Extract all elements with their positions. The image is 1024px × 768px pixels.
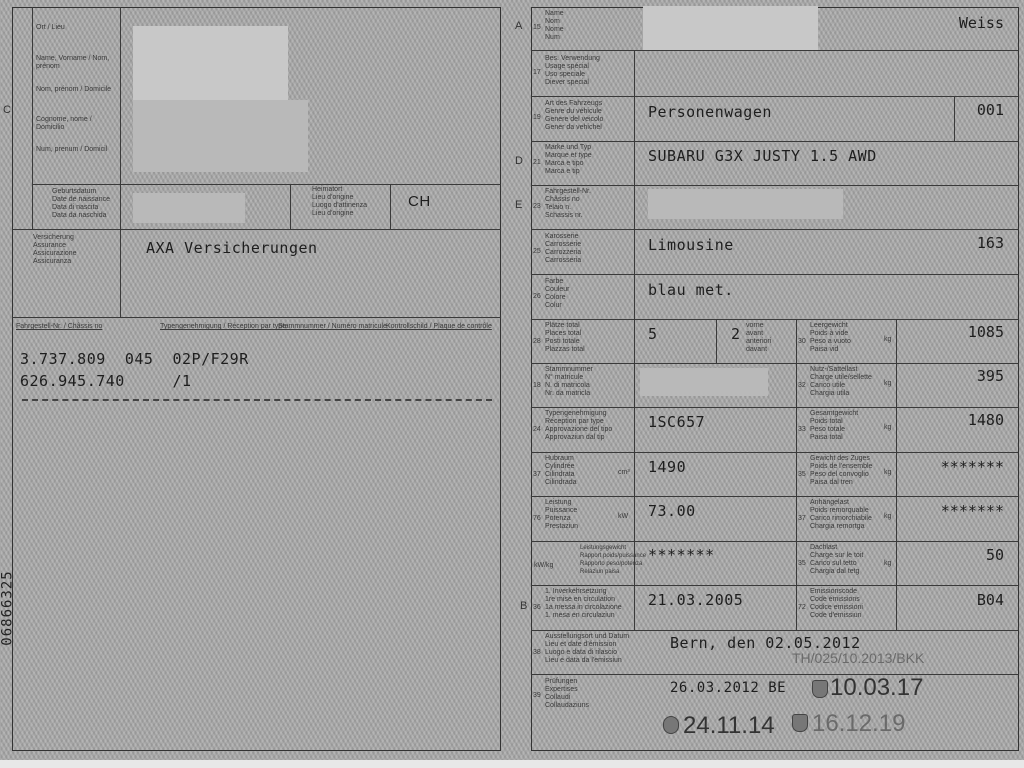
ins-label-3: Assicuranza (33, 258, 71, 266)
body-value: Limousine (648, 236, 734, 254)
name-redaction (643, 6, 818, 50)
row-label: Poids remorquable (810, 507, 869, 515)
rule-9 (531, 407, 1019, 408)
field-number: 17 (533, 69, 541, 76)
field-number: 38 (533, 649, 541, 656)
row-label: Rapport poids/puissance (580, 552, 646, 560)
row-label: Cilindrata (545, 471, 575, 479)
field-number: 19 (533, 114, 541, 121)
field-number: 24 (533, 426, 541, 433)
field-number: 18 (533, 382, 541, 389)
row-label: Nom (545, 18, 560, 26)
row-label: Paisa dal tren (810, 479, 853, 487)
birth-redaction (133, 193, 245, 223)
row-label: Réception par type (545, 418, 604, 426)
row-label: Poids de l'ensemble (810, 463, 872, 471)
type-approval-value: 1SC657 (648, 413, 705, 431)
row-label: Marke und Typ (545, 144, 591, 152)
row-label: Carrosserie (545, 241, 581, 249)
row-label: Relaziun paisa (580, 568, 619, 576)
unit-label: kg (884, 380, 891, 387)
codes-header-0: Fahrgestell-Nr. / Châssis no (16, 323, 102, 331)
row-label: Charge utile/sellette (810, 374, 872, 382)
row-label: Poids à vide (810, 330, 848, 338)
seats-front-label: anteriori (746, 338, 771, 346)
row-label: Collaudi (545, 694, 570, 702)
row-label: Gener da vehichel (545, 124, 602, 132)
row-label: Carrozzeria (545, 249, 581, 257)
row-label: Codice emissioni (810, 604, 863, 612)
left-inner-divider (32, 7, 33, 229)
holder-label-2: Nom, prénom / Domicile (36, 86, 116, 94)
ins-label-1: Assurance (33, 242, 66, 250)
vehicle-type-code: 001 (977, 101, 1004, 119)
section-letter-b: B (520, 600, 527, 612)
row-label: Code émissions (810, 596, 860, 604)
row-label: Approvazione del tipo (545, 426, 612, 434)
unit-label: kW (618, 513, 628, 520)
rule-6 (531, 274, 1019, 275)
row-label: Leistung (545, 499, 571, 507)
holder-redaction-top (133, 26, 288, 100)
codes-header-1: Typengenehmigung / Réception par type (160, 323, 286, 331)
field-number: 33 (798, 426, 806, 433)
unit-label: kg (884, 336, 891, 343)
nat-label-0: Heimatort (312, 186, 342, 194)
unit-label: kW/kg (534, 562, 553, 569)
row-label: 1re mise en circulation (545, 596, 615, 604)
row-label: Art des Fahrzeugs (545, 100, 602, 108)
row-label: Paisa vid (810, 346, 838, 354)
weights-value-divider (896, 319, 897, 630)
birth-label-1: Date de naissance (52, 196, 110, 204)
seats-front-label: davant (746, 346, 767, 354)
matriculation-redaction (640, 368, 768, 396)
field-number: 30 (798, 338, 806, 345)
train-weight-value: ******* (941, 458, 1004, 476)
row-label: Prestaziun (545, 523, 578, 531)
row-label: Ausstellungsort und Datum (545, 633, 629, 641)
unit-label: kg (884, 469, 891, 476)
row-label: Emissionscode (810, 588, 857, 596)
row-label: Typengenehmigung (545, 410, 607, 418)
inspection-stamp-3: 16.12.19 (812, 710, 905, 738)
row-label: Potenza (545, 515, 571, 523)
row-label: Uso speciale (545, 71, 585, 79)
field-number: 37 (533, 471, 541, 478)
field-number: 21 (533, 159, 541, 166)
field-number: 76 (533, 515, 541, 522)
unit-label: kg (884, 424, 891, 431)
rule-5 (531, 229, 1019, 230)
field-number: 32 (798, 382, 806, 389)
codes-line-1: 3.737.809 045 02P/F29R (20, 350, 249, 368)
unit-label: kg (884, 560, 891, 567)
row-label: Peso del convoglio (810, 471, 869, 479)
row-label: Poids total (810, 418, 843, 426)
row-label: Chargia remortga (810, 523, 864, 531)
rule-4 (531, 185, 1019, 186)
row-label: Carrosseria (545, 257, 581, 265)
row-label: Châssis no (545, 196, 580, 204)
row-label: Code d'emissiun (810, 612, 862, 620)
power-value: 73.00 (648, 502, 696, 520)
rule-7 (531, 319, 1019, 320)
row-label: Genere del veicolo (545, 116, 603, 124)
holder-label-1: Name, Vorname / Nom, prénom (36, 55, 116, 71)
inspection-stamp-1: 10.03.17 (830, 674, 923, 702)
row-label: Hubraum (545, 455, 574, 463)
row-label: Couleur (545, 286, 570, 294)
nat-label-3: Lieu d'origine (312, 210, 353, 218)
rule-1 (531, 50, 1019, 51)
code-column-divider (954, 96, 955, 141)
ins-label-2: Assicurazione (33, 250, 77, 258)
row-label: Luogo e data di rilascio (545, 649, 617, 657)
canton-crest-icon (663, 716, 679, 734)
row-label: Expertises (545, 686, 578, 694)
issuer-stamp-text: TH/025/10.2013/BKK (792, 650, 924, 666)
row-label: Diever special (545, 79, 589, 87)
row-label: Leergewicht (810, 322, 848, 330)
row-label: Num (545, 34, 560, 42)
row-label: Lieu et date d'émission (545, 641, 616, 649)
row-label: Carico sul tetto (810, 560, 857, 568)
row-label: Places total (545, 330, 581, 338)
rule-11 (531, 496, 1019, 497)
ins-label-0: Versicherung (33, 234, 74, 242)
scan-edge (0, 760, 1024, 768)
row-label: 1. mesa en circulaziun (545, 612, 615, 620)
roof-load-value: 50 (986, 546, 1004, 564)
holder-redaction-bottom (133, 100, 308, 172)
row-label: N. di matricola (545, 382, 590, 390)
row-label: Puissance (545, 507, 577, 515)
row-label: Farbe (545, 278, 563, 286)
row-label: Nutz-/Sattellast (810, 366, 857, 374)
seats-front-label: avant (746, 330, 763, 338)
color-value: blau met. (648, 281, 734, 299)
row-label: Colore (545, 294, 566, 302)
insurance-bottom-rule (12, 317, 501, 318)
row-label: Cylindrée (545, 463, 575, 471)
row-label: Peso a vuoto (810, 338, 851, 346)
row-label: Collaudaziuns (545, 702, 589, 710)
row-label: Bes. Verwendung (545, 55, 600, 63)
row-label: Chargia utila (810, 390, 849, 398)
brand-type-value: SUBARU G3X JUSTY 1.5 AWD (648, 147, 877, 165)
unit-label: kg (884, 513, 891, 520)
payload-value: 395 (977, 367, 1004, 385)
section-letter-c: C (3, 104, 11, 116)
displacement-value: 1490 (648, 458, 686, 476)
codes-header-3: Kontrollschild / Plaque de contrôle (386, 323, 492, 331)
birth-label-0: Geburtsdatum (52, 188, 96, 196)
row-label: Nome (545, 26, 564, 34)
holder-label-4: Num, prenum / Domicil (36, 146, 116, 154)
unit-label: cm³ (618, 469, 630, 476)
field-number: 35 (798, 560, 806, 567)
name-right-value: Weiss (959, 14, 1004, 32)
seats-total-value: 5 (648, 325, 658, 343)
row-label: Genre du véhicule (545, 108, 602, 116)
empty-weight-value: 1085 (968, 323, 1004, 341)
row-label: Paisa total (810, 434, 843, 442)
birth-nat-divider (290, 184, 291, 229)
section-letter-d: D (515, 155, 523, 167)
row-label: Approvaziun dal tip (545, 434, 605, 442)
field-number: 28 (533, 338, 541, 345)
nat-label-2: Luogo d'attinenza (312, 202, 367, 210)
rule-14 (531, 630, 1019, 631)
row-label: Carico utile (810, 382, 845, 390)
insurance-value: AXA Versicherungen (146, 239, 318, 257)
nat-value-divider (390, 184, 391, 229)
field-number: 37 (798, 515, 806, 522)
emission-code-value: B04 (977, 591, 1004, 609)
right-label-column-divider (634, 50, 635, 630)
field-number: 26 (533, 293, 541, 300)
seats-front-value: 2 (731, 325, 741, 343)
row-label: 1a messa in circolazione (545, 604, 622, 612)
row-label: Telaio n. (545, 204, 571, 212)
birth-bottom-rule (12, 229, 501, 230)
row-label: Gesamtgewicht (810, 410, 858, 418)
power-weight-value: ******* (648, 546, 715, 564)
row-label: Marca e tipo (545, 160, 584, 168)
row-label: Gewicht des Zuges (810, 455, 870, 463)
vehicle-type-value: Personenwagen (648, 103, 772, 121)
canton-crest-icon (812, 680, 828, 698)
row-label: Name (545, 10, 564, 18)
row-label: Anhängelast (810, 499, 849, 507)
inspection-line-1: 26.03.2012 BE (670, 680, 786, 696)
row-label: Nr. da matricla (545, 390, 590, 398)
row-label: Cilindrada (545, 479, 577, 487)
rule-12 (531, 541, 1019, 542)
row-label: Posti totale (545, 338, 580, 346)
seats-front-label: vorne (746, 322, 764, 330)
row-label: Schassis nr. (545, 212, 583, 220)
row-label: Leistungsgewicht (580, 544, 626, 552)
section-letter-a: A (515, 20, 522, 32)
row-label: Karosserie (545, 233, 578, 241)
seats-divider (716, 319, 717, 363)
rule-10 (531, 452, 1019, 453)
codes-dashed-separator (22, 399, 492, 401)
holder-bottom-rule (32, 184, 501, 185)
codes-header-2: Stammnummer / Numéro matricule (278, 323, 387, 331)
row-label: Carico rimorchiabile (810, 515, 872, 523)
canton-crest-icon (792, 714, 808, 732)
birth-label-3: Data da naschida (52, 212, 106, 220)
row-label: Colur (545, 302, 562, 310)
row-label: Plätze total (545, 322, 580, 330)
document-serial-number: 06866325 (0, 570, 16, 645)
left-label-column-divider (120, 7, 121, 317)
codes-line-2: 626.945.740 /1 (20, 372, 192, 390)
field-number: 39 (533, 692, 541, 699)
nationality-value: CH (408, 193, 431, 210)
body-code: 163 (977, 234, 1004, 252)
holder-label-0: Ort / Lieu (36, 24, 65, 32)
rule-15 (531, 674, 1019, 675)
row-label: Lieu e data da l'emissiun (545, 657, 622, 665)
field-number: 15 (533, 24, 541, 31)
inspection-stamp-2: 24.11.14 (683, 712, 775, 740)
field-number: 25 (533, 248, 541, 255)
holder-label-3: Cognome, nome / Domicilio (36, 116, 116, 132)
row-label: Stammnummer (545, 366, 593, 374)
row-label: Dachlast (810, 544, 837, 552)
row-label: Marque et type (545, 152, 592, 160)
first-registration-value: 21.03.2005 (648, 591, 743, 609)
row-label: Charge sur le toit (810, 552, 863, 560)
row-label: Rapporto peso/potenza (580, 560, 642, 568)
nat-label-1: Lieu d'origine (312, 194, 353, 202)
total-weight-value: 1480 (968, 411, 1004, 429)
field-number: 72 (798, 604, 806, 611)
weights-label-divider (796, 319, 797, 630)
row-label: N° matricule (545, 374, 583, 382)
field-number: 35 (798, 471, 806, 478)
rule-13 (531, 585, 1019, 586)
chassis-redaction (648, 189, 843, 219)
rule-2 (531, 96, 1019, 97)
row-label: Peso totale (810, 426, 845, 434)
row-label: Chargia dal tetg (810, 568, 859, 576)
rule-3 (531, 141, 1019, 142)
rule-8 (531, 363, 1019, 364)
row-label: Usage spécial (545, 63, 589, 71)
section-letter-e: E (515, 199, 522, 211)
trailer-load-value: ******* (941, 502, 1004, 520)
row-label: Prüfungen (545, 678, 577, 686)
row-label: Marca e tip (545, 168, 580, 176)
row-label: 1. Inverkehrsetzung (545, 588, 606, 596)
field-number: 36 (533, 604, 541, 611)
row-label: Plazzas total (545, 346, 585, 354)
field-number: 23 (533, 203, 541, 210)
birth-label-2: Data di nascita (52, 204, 98, 212)
row-label: Fahrgestell-Nr. (545, 188, 591, 196)
